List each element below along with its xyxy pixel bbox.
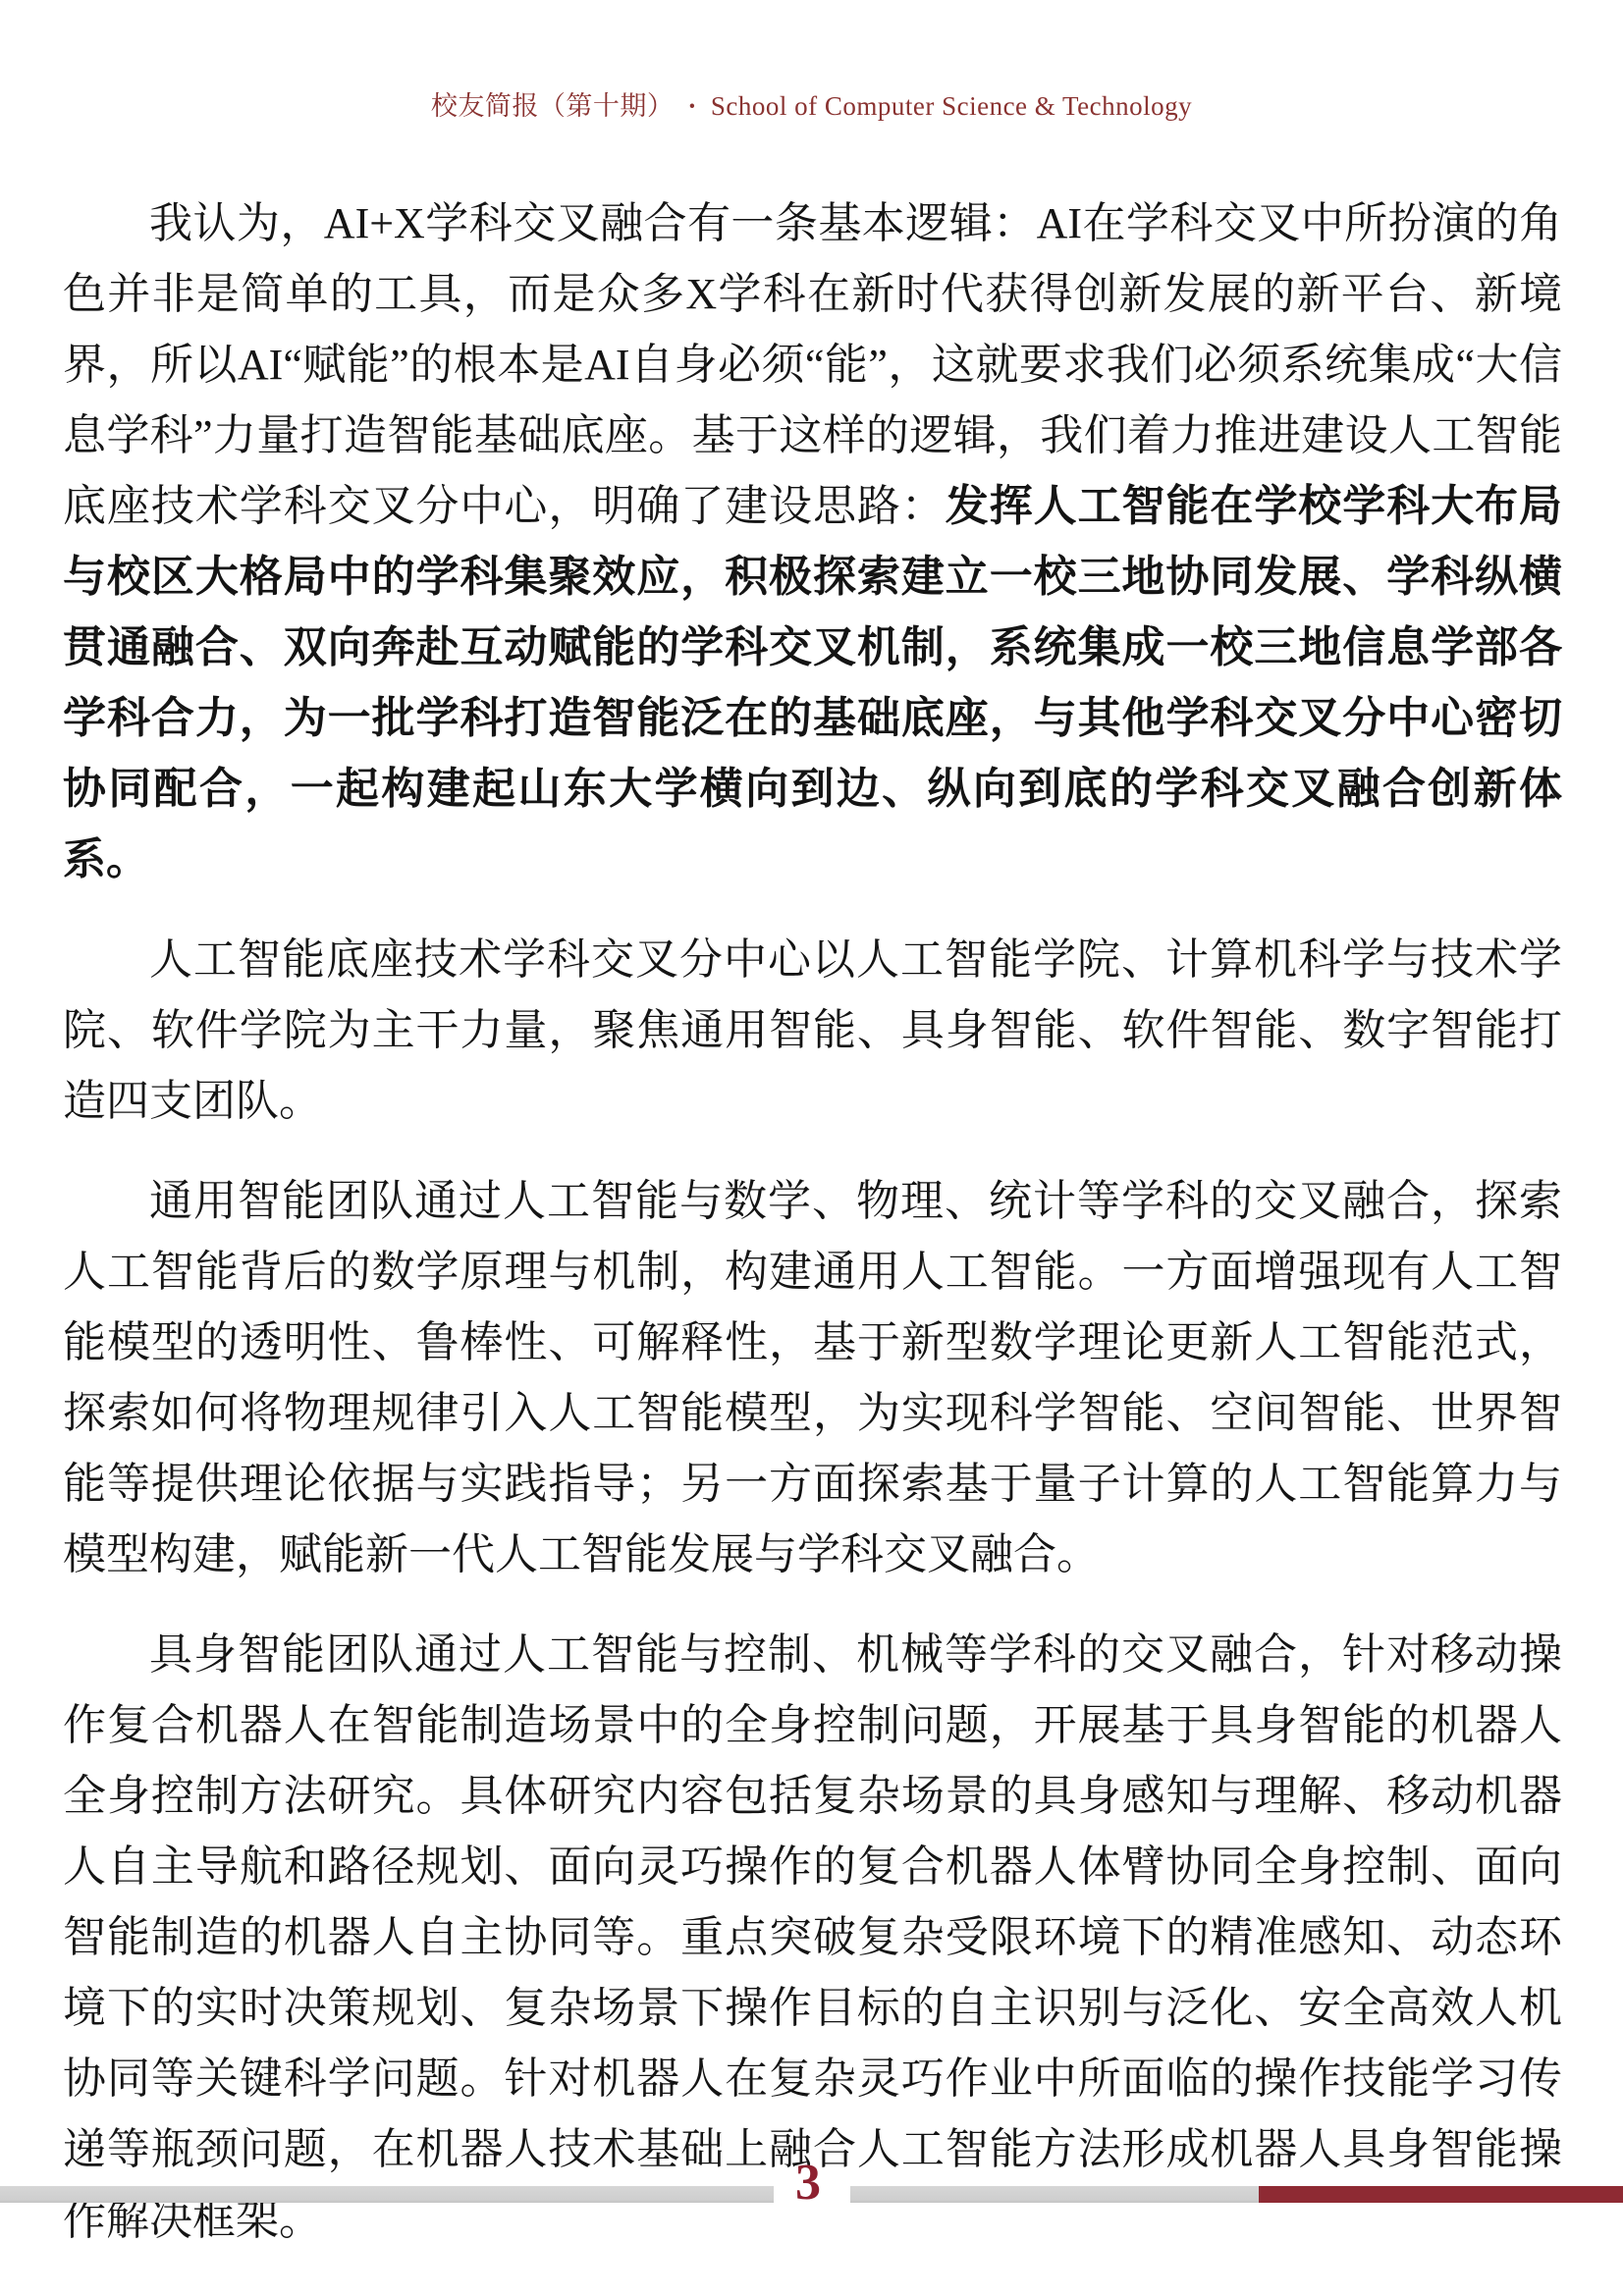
header-title-cn: 校友简报（第十期） bbox=[431, 91, 675, 121]
footer-accent-bar bbox=[1259, 2186, 1623, 2203]
header-title-en: School of Computer Science & Technology bbox=[711, 91, 1192, 121]
paragraph-2: 人工智能底座技术学科交叉分中心以人工智能学院、计算机科学与技术学院、软件学院为主… bbox=[63, 925, 1562, 1137]
page-header: 校友简报（第十期）·School of Computer Science & T… bbox=[0, 84, 1623, 123]
page-number: 3 bbox=[764, 2156, 852, 2211]
article-body: 我认为，AI+X学科交叉融合有一条基本逻辑：AI在学科交叉中所扮演的角色并非是简… bbox=[63, 188, 1562, 2285]
paragraph-1: 我认为，AI+X学科交叉融合有一条基本逻辑：AI在学科交叉中所扮演的角色并非是简… bbox=[63, 188, 1562, 895]
footer-divider-right bbox=[850, 2186, 1259, 2203]
paragraph-1-text: 我认为，AI+X学科交叉融合有一条基本逻辑：AI在学科交叉中所扮演的角色并非是简… bbox=[63, 199, 1562, 530]
footer-divider-left bbox=[0, 2186, 774, 2203]
paragraph-1-bold-text: 发挥人工智能在学校学科大布局与校区大格局中的学科集聚效应，积极探索建立一校三地协… bbox=[63, 482, 1562, 883]
paragraph-3: 通用智能团队通过人工智能与数学、物理、统计等学科的交叉融合，探索人工智能背后的数… bbox=[63, 1166, 1562, 1590]
header-separator-dot: · bbox=[687, 91, 697, 122]
document-page: 校友简报（第十期）·School of Computer Science & T… bbox=[0, 0, 1623, 2296]
